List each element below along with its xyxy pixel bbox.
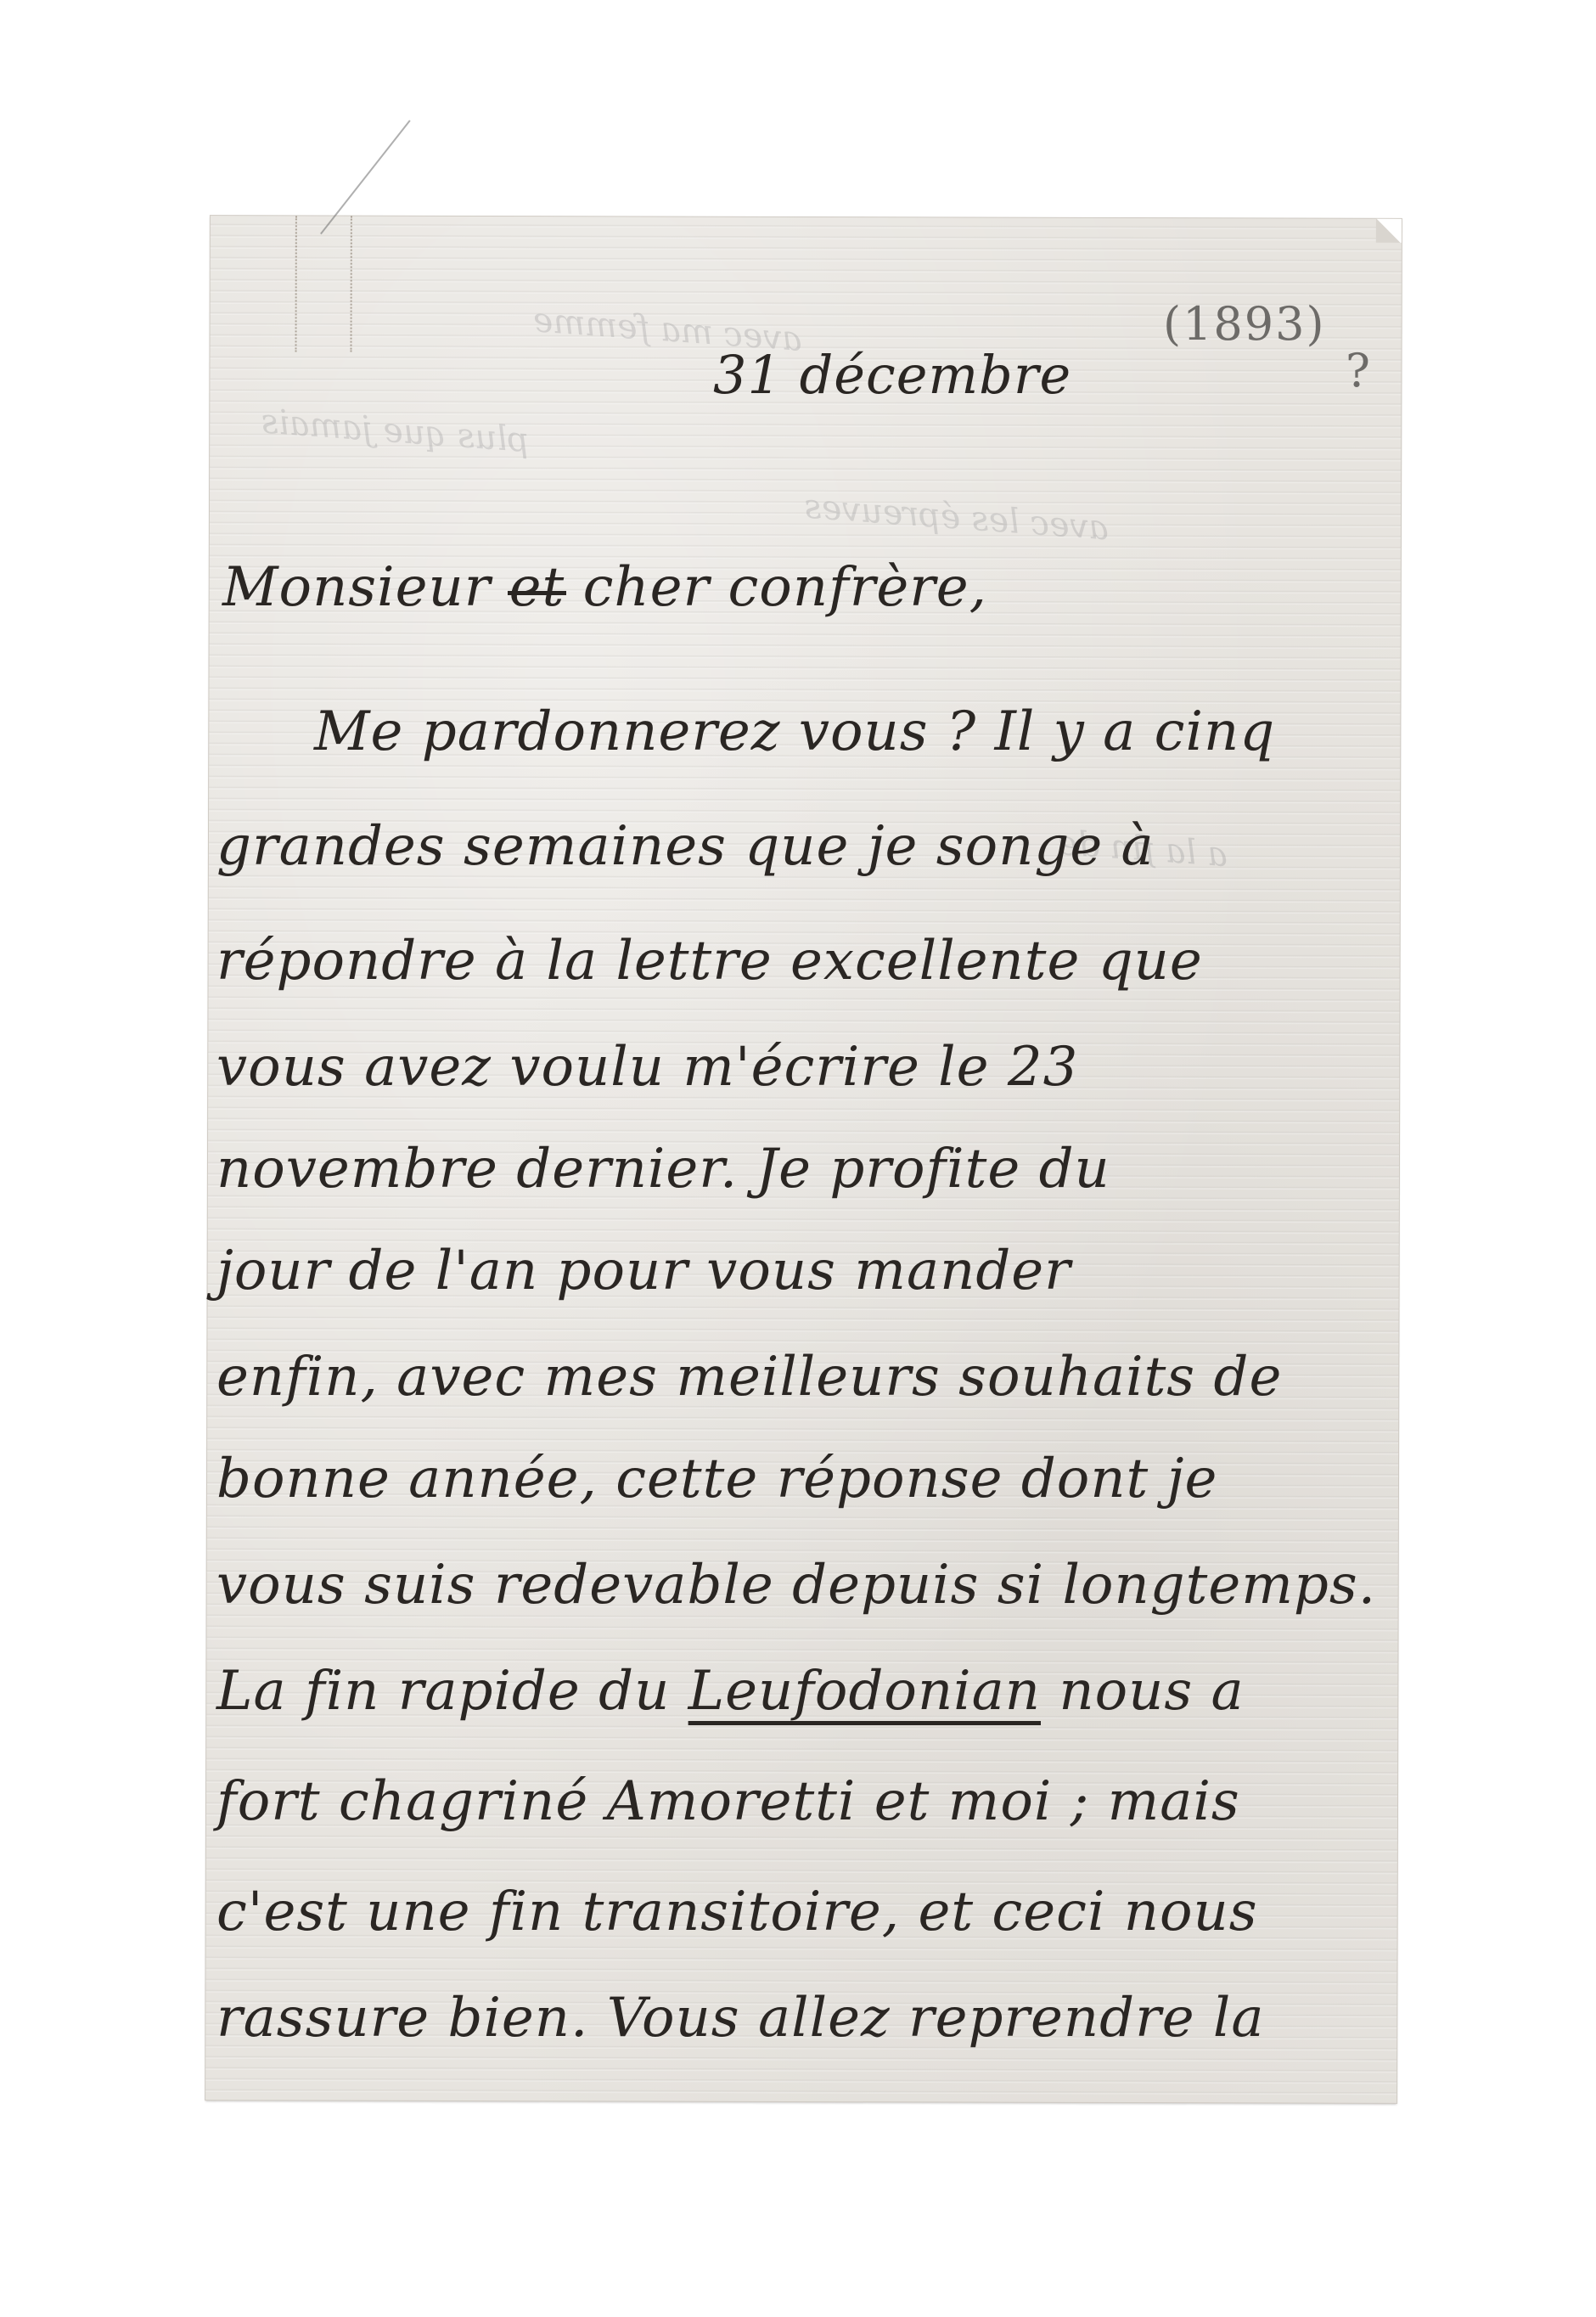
underlined-title: Leufodonian — [688, 1660, 1041, 1723]
body-line: rassure bien. Vous allez reprendre la — [216, 1991, 1265, 2045]
salutation-end: cher confrère, — [565, 556, 987, 619]
pencil-year-annotation: (1893) — [1163, 297, 1326, 351]
fold-mark — [295, 216, 296, 351]
body-line: novembre dernier. Je profite du — [216, 1142, 1110, 1196]
salutation-start: Monsieur — [222, 556, 509, 619]
body-line: enfin, avec mes meilleurs souhaits de — [216, 1350, 1282, 1404]
body-line: grandes semaines que je songe à — [216, 819, 1155, 874]
pencil-question-mark: ? — [1346, 344, 1372, 397]
body-line: répondre à la lettre excellente que — [216, 934, 1203, 988]
pencil-mark — [320, 120, 411, 234]
body-line: La fin rapide du Leufodonian nous a — [216, 1664, 1245, 1718]
struck-out-word: et — [509, 556, 565, 619]
body-line: Me pardonnerez vous ? Il y a cinq — [314, 705, 1275, 759]
salutation: Monsieur et cher confrère, — [222, 560, 987, 615]
letter-date: 31 décembre — [713, 344, 1071, 406]
body-line: fort chagriné Amoretti et moi ; mais — [216, 1774, 1240, 1829]
body-line: jour de l'an pour vous mander — [216, 1244, 1071, 1298]
body-line: c'est une fin transitoire, et ceci nous — [216, 1885, 1258, 1939]
body-line: vous avez voulu m'écrire le 23 — [216, 1040, 1078, 1094]
fold-mark — [350, 217, 351, 352]
body-line: vous suis redevable depuis si longtemps. — [216, 1558, 1376, 1612]
bleed-through-text: plus que jamais — [260, 402, 531, 460]
body-line: bonne année, cette réponse dont je — [216, 1452, 1217, 1506]
bleed-through-text: avec les épreuves — [803, 487, 1110, 548]
folded-corner — [1376, 219, 1402, 243]
body-text: nous a — [1041, 1660, 1245, 1723]
body-text: La fin rapide du — [216, 1660, 688, 1723]
